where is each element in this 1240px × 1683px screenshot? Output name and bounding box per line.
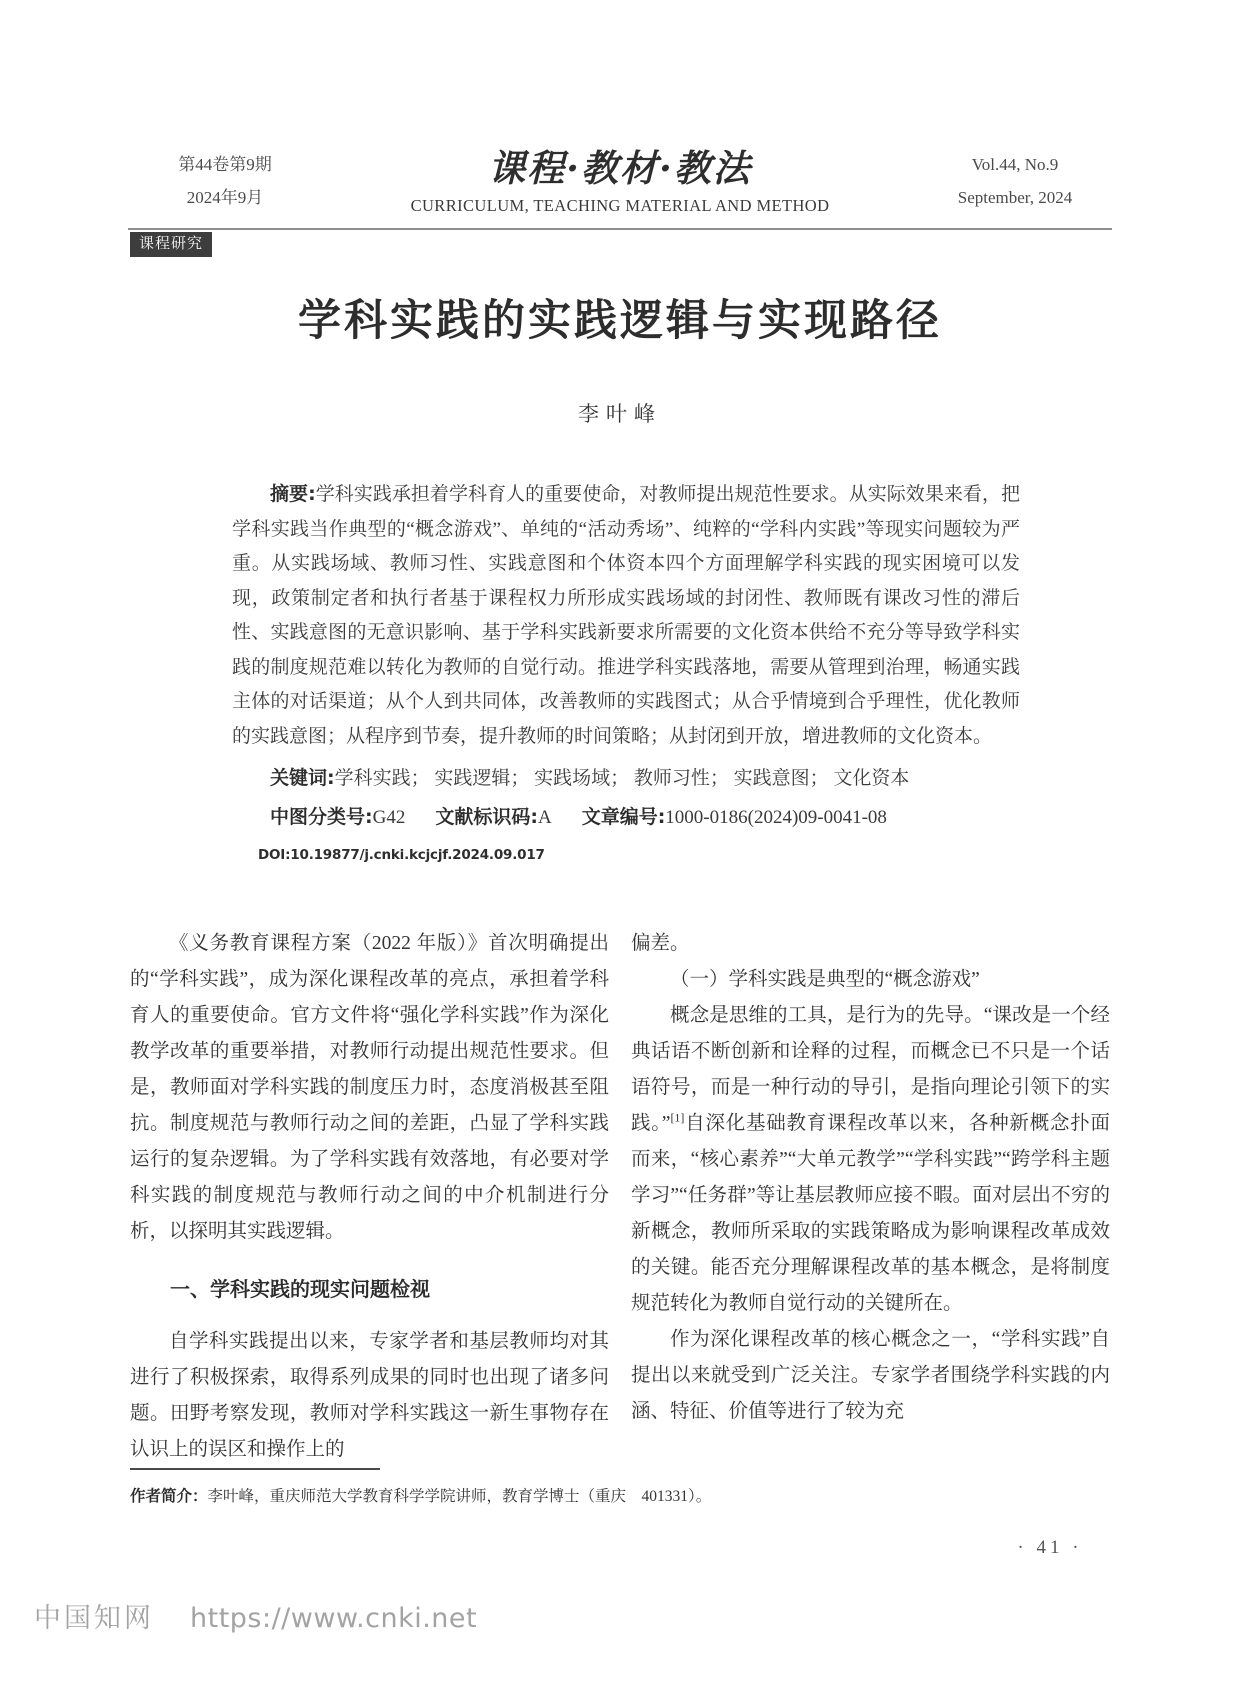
abstract-text: 学科实践承担着学科育人的重要使命，对教师提出规范性要求。从实际效果来看，把学科实… [232,484,1020,747]
body-paragraph: 自学科实践提出以来，专家学者和基层教师均对其进行了积极探索，取得系列成果的同时也… [130,1324,609,1468]
issue-volume: 第44卷第9期 [130,148,320,181]
clc-value: G42 [373,807,406,828]
journal-name-english: CURRICULUM, TEACHING MATERIAL AND METHOD [320,196,920,216]
keywords-line: 关键词:学科实践； 实践逻辑； 实践场域； 教师习性； 实践意图； 文化资本 [232,761,1020,797]
author-bio-text: 李叶峰，重庆师范大学教育科学学院讲师，教育学博士（重庆 401331）。 [208,1488,712,1505]
journal-page: 第44卷第9期 2024年9月 课程·教材·教法 CURRICULUM, TEA… [0,0,1240,1683]
volume-number: Vol.44, No.9 [920,148,1110,181]
body-paragraph: 作为深化课程改革的核心概念之一，“学科实践”自提出以来就受到广泛关注。专家学者围… [631,1322,1110,1430]
abstract-paragraph: 摘要:学科实践承担着学科育人的重要使命，对教师提出规范性要求。从实际效果来看，把… [232,477,1020,754]
issue-info: 第44卷第9期 2024年9月 [130,148,320,214]
page-title: 学科实践的实践逻辑与实现路径 [0,287,1240,348]
clc-label: 中图分类号: [270,806,373,828]
citation-ref: [1] [670,1111,684,1125]
issue-date: 2024年9月 [130,181,320,214]
article-id-value: 1000-0186(2024)09-0041-08 [665,807,887,828]
left-column: 《义务教育课程方案（2022 年版）》首次明确提出的“学科实践”，成为深化课程改… [130,926,609,1468]
cnki-brand: 中国知网 [34,1596,154,1635]
header-divider [128,228,1112,230]
journal-header: 第44卷第9期 2024年9月 课程·教材·教法 CURRICULUM, TEA… [130,148,1110,216]
cnki-footer: 中国知网 https://www.cnki.net [34,1596,477,1635]
doc-code-label: 文献标识码: [435,806,538,828]
body-paragraph: 概念是思维的工具，是行为的先导。“课改是一个经典话语不断创新和诠释的过程，而概念… [631,998,1110,1322]
doc-code-value: A [538,807,552,828]
right-column: 偏差。 （一）学科实践是典型的“概念游戏” 概念是思维的工具，是行为的先导。“课… [631,926,1110,1468]
abstract-block: 摘要:学科实践承担着学科育人的重要使命，对教师提出规范性要求。从实际效果来看，把… [232,477,1020,873]
footnote-block: 作者简介：李叶峰，重庆师范大学教育科学学院讲师，教育学博士（重庆 401331）… [130,1468,990,1508]
page-number: · 41 · [985,1537,1115,1559]
body-paragraph: 《义务教育课程方案（2022 年版）》首次明确提出的“学科实践”，成为深化课程改… [130,926,609,1250]
volume-info: Vol.44, No.9 September, 2024 [920,148,1110,214]
cnki-url[interactable]: https://www.cnki.net [190,1603,477,1634]
keywords-label: 关键词: [270,767,335,789]
section-badge: 课程研究 [130,232,212,257]
section-heading-1: 一、学科实践的现实问题检视 [130,1271,609,1307]
volume-date: September, 2024 [920,181,1110,214]
doi-line: DOI:10.19877/j.cnki.kcjcjf.2024.09.017 [232,838,1020,873]
author-bio: 作者简介：李叶峰，重庆师范大学教育科学学院讲师，教育学博士（重庆 401331）… [130,1485,990,1508]
keywords-text: 学科实践； 实践逻辑； 实践场域； 教师习性； 实践意图； 文化资本 [335,768,910,789]
classification-line: 中图分类号:G42文献标识码:A文章编号:1000-0186(2024)09-0… [232,800,1020,836]
author-bio-label: 作者简介： [130,1487,208,1505]
author-name: 李叶峰 [0,398,1240,428]
journal-name-block: 课程·教材·教法 CURRICULUM, TEACHING MATERIAL A… [320,148,920,216]
article-body: 《义务教育课程方案（2022 年版）》首次明确提出的“学科实践”，成为深化课程改… [130,926,1110,1468]
body-paragraph: 偏差。 [631,926,1110,962]
journal-name-chinese: 课程·教材·教法 [320,148,920,188]
subsection-heading: （一）学科实践是典型的“概念游戏” [631,962,1110,998]
footnote-divider [130,1468,380,1470]
article-id-label: 文章编号: [582,806,666,828]
body-text: 自深化基础教育课程改革以来，各种新概念扑面而来，“核心素养”“大单元教学”“学科… [631,1113,1110,1314]
abstract-label: 摘要: [270,483,316,505]
